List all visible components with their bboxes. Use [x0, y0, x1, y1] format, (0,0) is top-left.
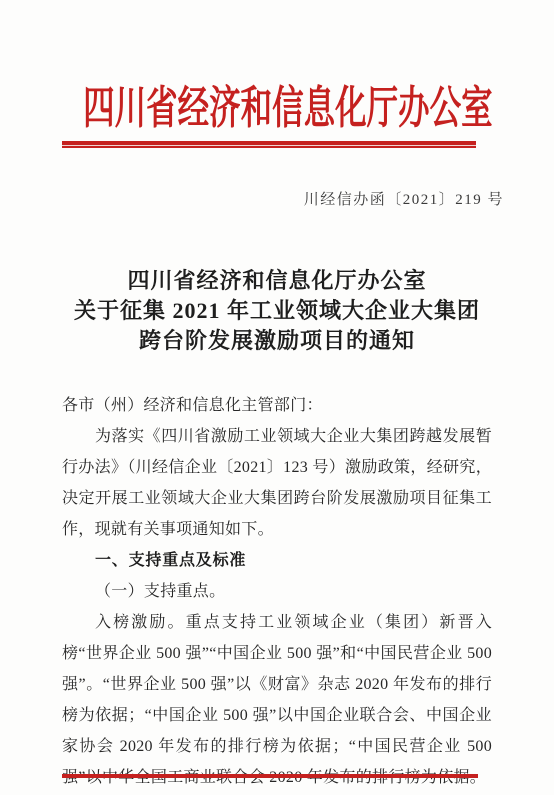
notice-title-line-3: 跨台阶发展激励项目的通知	[0, 326, 554, 356]
notice-title-line-1: 四川省经济和信息化厅办公室	[0, 266, 554, 296]
document-number: 川经信办函〔2021〕219 号	[304, 188, 504, 209]
salutation: 各市（州）经济和信息化主管部门：	[62, 390, 492, 421]
letterhead-agency-name: 四川省经济和信息化厅办公室	[83, 82, 471, 134]
subsection-heading: （一）支持重点。	[62, 576, 492, 607]
section-heading: 一、支持重点及标准	[62, 545, 492, 576]
notice-title: 四川省经济和信息化厅办公室 关于征集 2021 年工业领域大企业大集团 跨台阶发…	[0, 266, 554, 356]
notice-body: 各市（州）经济和信息化主管部门： 为落实《四川省激励工业领域大企业大集团跨越发展…	[62, 390, 492, 793]
footer-divider	[62, 774, 478, 778]
letterhead-divider	[62, 141, 476, 148]
document-page: 四川省经济和信息化厅办公室 川经信办函〔2021〕219 号 四川省经济和信息化…	[0, 0, 554, 795]
support-criteria-paragraph: 入榜激励。重点支持工业领域企业（集团）新晋入榜“世界企业 500 强”“中国企业…	[62, 607, 492, 793]
intro-paragraph: 为落实《四川省激励工业领域大企业大集团跨越发展暂行办法》（川经信企业〔2021〕…	[62, 421, 492, 545]
notice-title-line-2: 关于征集 2021 年工业领域大企业大集团	[0, 296, 554, 326]
